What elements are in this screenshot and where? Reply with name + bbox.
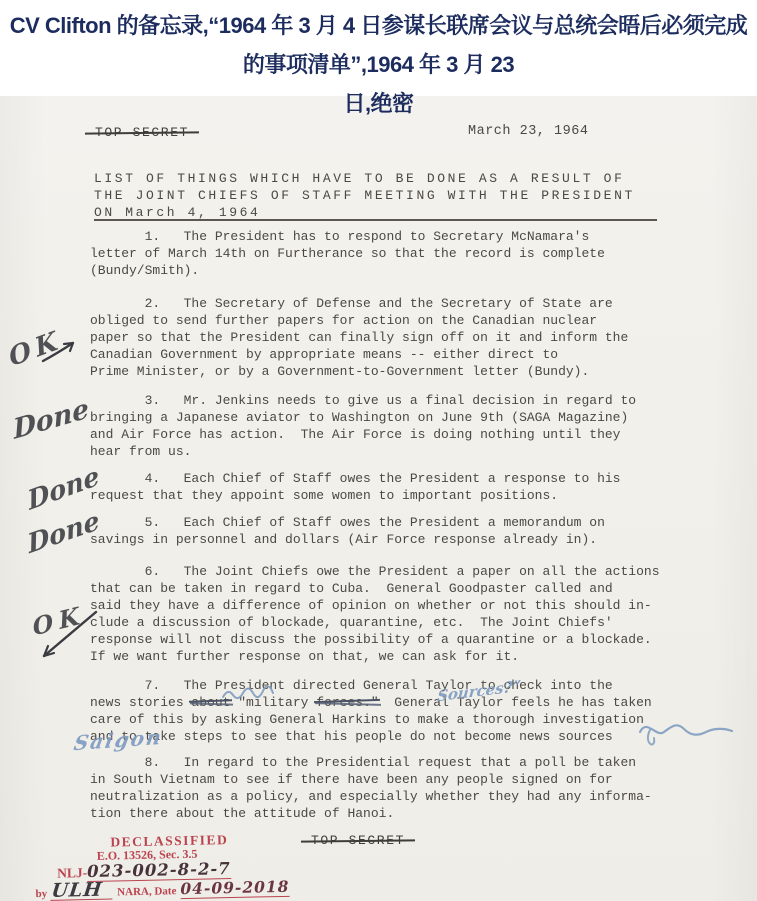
paragraph-line: 7. The President directed General Taylor… bbox=[90, 677, 690, 694]
paragraph-line: neutralization as a policy, and especial… bbox=[90, 788, 690, 805]
paragraph-line: 5. Each Chief of Staff owes the Presiden… bbox=[90, 514, 690, 531]
stamp-by-line: by ULH NARA, Date 04-09-2018 bbox=[35, 876, 335, 901]
ok-long-arrow-icon bbox=[34, 604, 104, 666]
paragraph-line: 4. Each Chief of Staff owes the Presiden… bbox=[90, 470, 690, 487]
document-paragraph-7: 7. The President directed General Taylor… bbox=[90, 677, 690, 745]
classification-top: TOP SECRET bbox=[95, 125, 189, 140]
heading-underline bbox=[94, 219, 657, 221]
stamp-date-value: 04-09-2018 bbox=[180, 877, 290, 899]
document-paragraph-5: 5. Each Chief of Staff owes the Presiden… bbox=[90, 514, 690, 548]
paragraph-line: in South Vietnam to see if there have be… bbox=[90, 771, 690, 788]
blue-scribble-over-about-icon bbox=[220, 686, 278, 702]
ok-arrow-icon bbox=[40, 336, 80, 364]
caption-title-line1: CV Clifton 的备忘录,“1964 年 3 月 4 日参谋长联席会议与总… bbox=[0, 6, 757, 84]
paragraph-line: Prime Minister, or by a Government-to-Go… bbox=[90, 363, 690, 380]
paragraph-line: clude a discussion of blockade, quaranti… bbox=[90, 614, 690, 631]
document-page: CV Clifton 的备忘录,“1964 年 3 月 4 日参谋长联席会议与总… bbox=[0, 0, 757, 901]
caption-title: CV Clifton 的备忘录,“1964 年 3 月 4 日参谋长联席会议与总… bbox=[0, 6, 757, 123]
paragraph-line: 6. The Joint Chiefs owe the President a … bbox=[90, 563, 690, 580]
paragraph-line: obliged to send further papers for actio… bbox=[90, 312, 690, 329]
declassification-stamp: DECLASSIFIED E.O. 13526, Sec. 3.5 NLJ-02… bbox=[34, 831, 335, 901]
paragraph-line: savings in personnel and dollars (Air Fo… bbox=[90, 531, 690, 548]
document-date: March 23, 1964 bbox=[468, 124, 588, 139]
stamp-by-label: by bbox=[35, 888, 47, 900]
paragraph-line: said they have a difference of opinion o… bbox=[90, 597, 690, 614]
heading-line-1: LIST OF THINGS WHICH HAVE TO BE DONE AS … bbox=[94, 170, 635, 187]
paragraph-line: paper so that the President can finally … bbox=[90, 329, 690, 346]
document-paragraph-3: 3. Mr. Jenkins needs to give us a final … bbox=[90, 392, 690, 460]
stamp-signature: ULH bbox=[50, 880, 114, 900]
paragraph-line: care of this by asking General Harkins t… bbox=[90, 711, 690, 728]
document-paragraph-4: 4. Each Chief of Staff owes the Presiden… bbox=[90, 470, 690, 504]
ink-struck-word: forces." bbox=[316, 694, 378, 711]
paragraph-line: 2. The Secretary of Defense and the Secr… bbox=[90, 295, 690, 312]
paragraph-line: bringing a Japanese aviator to Washingto… bbox=[90, 409, 690, 426]
paragraph-line: and Air Force has action. The Air Force … bbox=[90, 426, 690, 443]
document-paragraph-8: 8. In regard to the Presidential request… bbox=[90, 754, 690, 822]
caption-title-line2: 日,绝密 bbox=[0, 84, 757, 123]
paragraph-line: tion there about the attitude of Hanoi. bbox=[90, 805, 690, 822]
heading-line-2: THE JOINT CHIEFS OF STAFF MEETING WITH T… bbox=[94, 187, 635, 204]
paragraph-line: If we want further response on that, we … bbox=[90, 648, 690, 665]
paragraph-line: hear from us. bbox=[90, 443, 690, 460]
blue-trailing-scribble-icon bbox=[634, 716, 738, 754]
paragraph-line: 8. In regard to the Presidential request… bbox=[90, 754, 690, 771]
document-paragraph-6: 6. The Joint Chiefs owe the President a … bbox=[90, 563, 690, 665]
paragraph-line: and to take steps to see that his people… bbox=[90, 728, 690, 745]
paragraph-line: that can be taken in regard to Cuba. Gen… bbox=[90, 580, 690, 597]
paragraph-line: Canadian Government by appropriate means… bbox=[90, 346, 690, 363]
document-paragraph-2: 2. The Secretary of Defense and the Secr… bbox=[90, 295, 690, 380]
paragraph-line: letter of March 14th on Furtherance so t… bbox=[90, 245, 690, 262]
paragraph-line: (Bundy/Smith). bbox=[90, 262, 690, 279]
document-paragraph-1: 1. The President has to respond to Secre… bbox=[90, 228, 690, 279]
paragraph-line: request that they appoint some women to … bbox=[90, 487, 690, 504]
stamp-nara-label: NARA, Date bbox=[117, 885, 177, 898]
classification-top-text: TOP SECRET bbox=[95, 125, 189, 140]
document-heading: LIST OF THINGS WHICH HAVE TO BE DONE AS … bbox=[94, 170, 635, 221]
paragraph-line: 1. The President has to respond to Secre… bbox=[90, 228, 690, 245]
paragraph-line: news stories about "military forces." Ge… bbox=[90, 694, 690, 711]
paragraph-line: response will not discuss the possibilit… bbox=[90, 631, 690, 648]
paragraph-line: 3. Mr. Jenkins needs to give us a final … bbox=[90, 392, 690, 409]
